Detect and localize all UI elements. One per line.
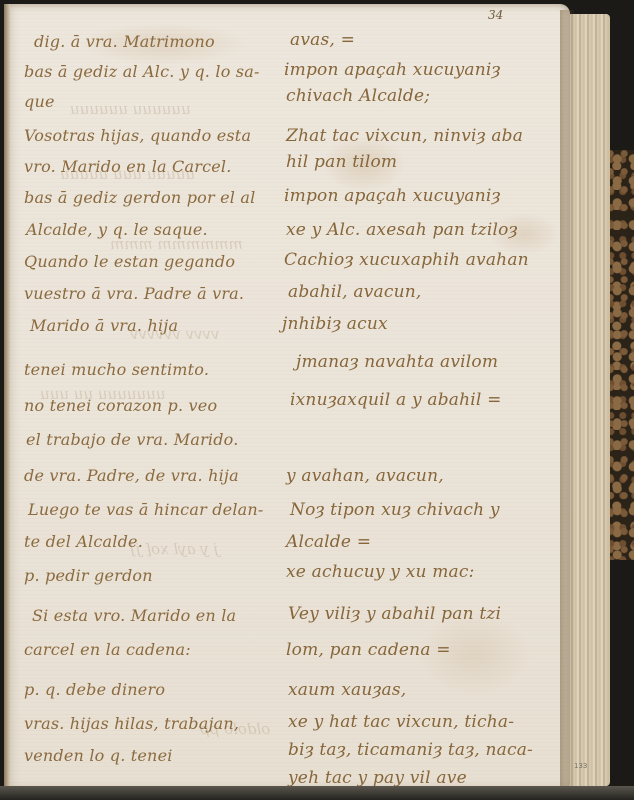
book-bottom-edge (0, 786, 634, 800)
manuscript-line: el trabajo de vra. Marido. (26, 430, 239, 449)
manuscript-line: Noȝ tipon xuȝ chivach y (290, 500, 500, 520)
page-edge-shadow (560, 10, 574, 790)
manuscript-line: Vey viliȝ y abahil pan tzi (288, 604, 501, 624)
manuscript-line: Vosotras hijas, quando esta (24, 126, 251, 145)
manuscript-line: Alcalde = (286, 532, 371, 552)
manuscript-line: no tenei corazon p. veo (24, 396, 217, 415)
manuscript-line: p. pedir gerdon (24, 566, 153, 585)
bleed-through-ink: uuuuuu uuuuuu (70, 100, 191, 118)
manuscript-line: Quando le estan gegando (24, 252, 235, 271)
manuscript-line: Marido ā vra. hija (30, 316, 178, 335)
corner-mark: 133 (574, 762, 587, 770)
manuscript-line: dig. ā vra. Matrimono (34, 32, 215, 51)
binding-gutter (4, 4, 10, 790)
manuscript-line: vro. Marido en la Carcel. (24, 157, 232, 176)
manuscript-line: tenei mucho sentimto. (24, 360, 209, 379)
manuscript-line: Alcalde, y q. le saque. (26, 220, 208, 239)
manuscript-line: abahil, avacun, (288, 282, 421, 302)
manuscript-line: avas, = (290, 30, 355, 50)
manuscript-line: p. q. debe dinero (24, 680, 165, 699)
bleed-through-ink: j y ayl xo[ j] (130, 540, 218, 558)
manuscript-line: yeh tac y pay vil ave (288, 768, 467, 788)
manuscript-line: xe y hat tac vixcun, ticha- (288, 712, 514, 732)
manuscript-line: bas ā gediz gerdon por el al (24, 188, 255, 207)
manuscript-line: vras. hijas hilas, trabajan, (24, 714, 239, 733)
manuscript-line: chivach Alcalde; (286, 86, 430, 106)
manuscript-line: jnhibiȝ acux (282, 314, 388, 334)
manuscript-scan: uuuuuu uuuuuu uuuuu uuu uuuuu mmmmmm mmm… (0, 0, 634, 800)
marbled-cover-board (606, 150, 634, 560)
manuscript-line: y avahan, avacun, (286, 466, 444, 486)
manuscript-line: jmanaȝ navahta avilom (296, 352, 498, 372)
manuscript-line: xaum xauȝas, (288, 680, 406, 700)
manuscript-line: Si esta vro. Marido en la (32, 606, 236, 625)
manuscript-line: venden lo q. tenei (24, 746, 173, 765)
manuscript-line: Cachioȝ xucuxaphih avahan (284, 250, 529, 270)
manuscript-line: impon apaçah xucuyaniȝ (284, 186, 501, 206)
manuscript-line: que (24, 92, 55, 111)
folio-number: 34 (488, 8, 503, 22)
manuscript-line: Zhat tac vixcun, ninviȝ aba (286, 126, 523, 146)
manuscript-line: vuestro ā vra. Padre ā vra. (24, 284, 244, 303)
manuscript-line: hil pan tilom (286, 152, 397, 172)
manuscript-line: lom, pan cadena = (286, 640, 451, 660)
manuscript-line: te del Alcalde. (24, 532, 143, 551)
manuscript-line: bas ā gediz al Alc. y q. lo sa- (24, 62, 260, 81)
manuscript-line: xe y Alc. axesah pan tziloȝ (286, 220, 518, 240)
manuscript-line: de vra. Padre, de vra. hija (24, 466, 239, 485)
manuscript-line: Luego te vas ā hincar delan- (28, 500, 263, 519)
manuscript-line: biȝ taȝ, ticamaniȝ taȝ, naca- (288, 740, 533, 760)
manuscript-line: impon apaçah xucuyaniȝ (284, 60, 501, 80)
manuscript-line: ixnuȝaxquil a y abahil = (290, 390, 502, 410)
manuscript-line: xe achucuy y xu mac: (286, 562, 475, 582)
manuscript-line: carcel en la cadena: (24, 640, 191, 659)
